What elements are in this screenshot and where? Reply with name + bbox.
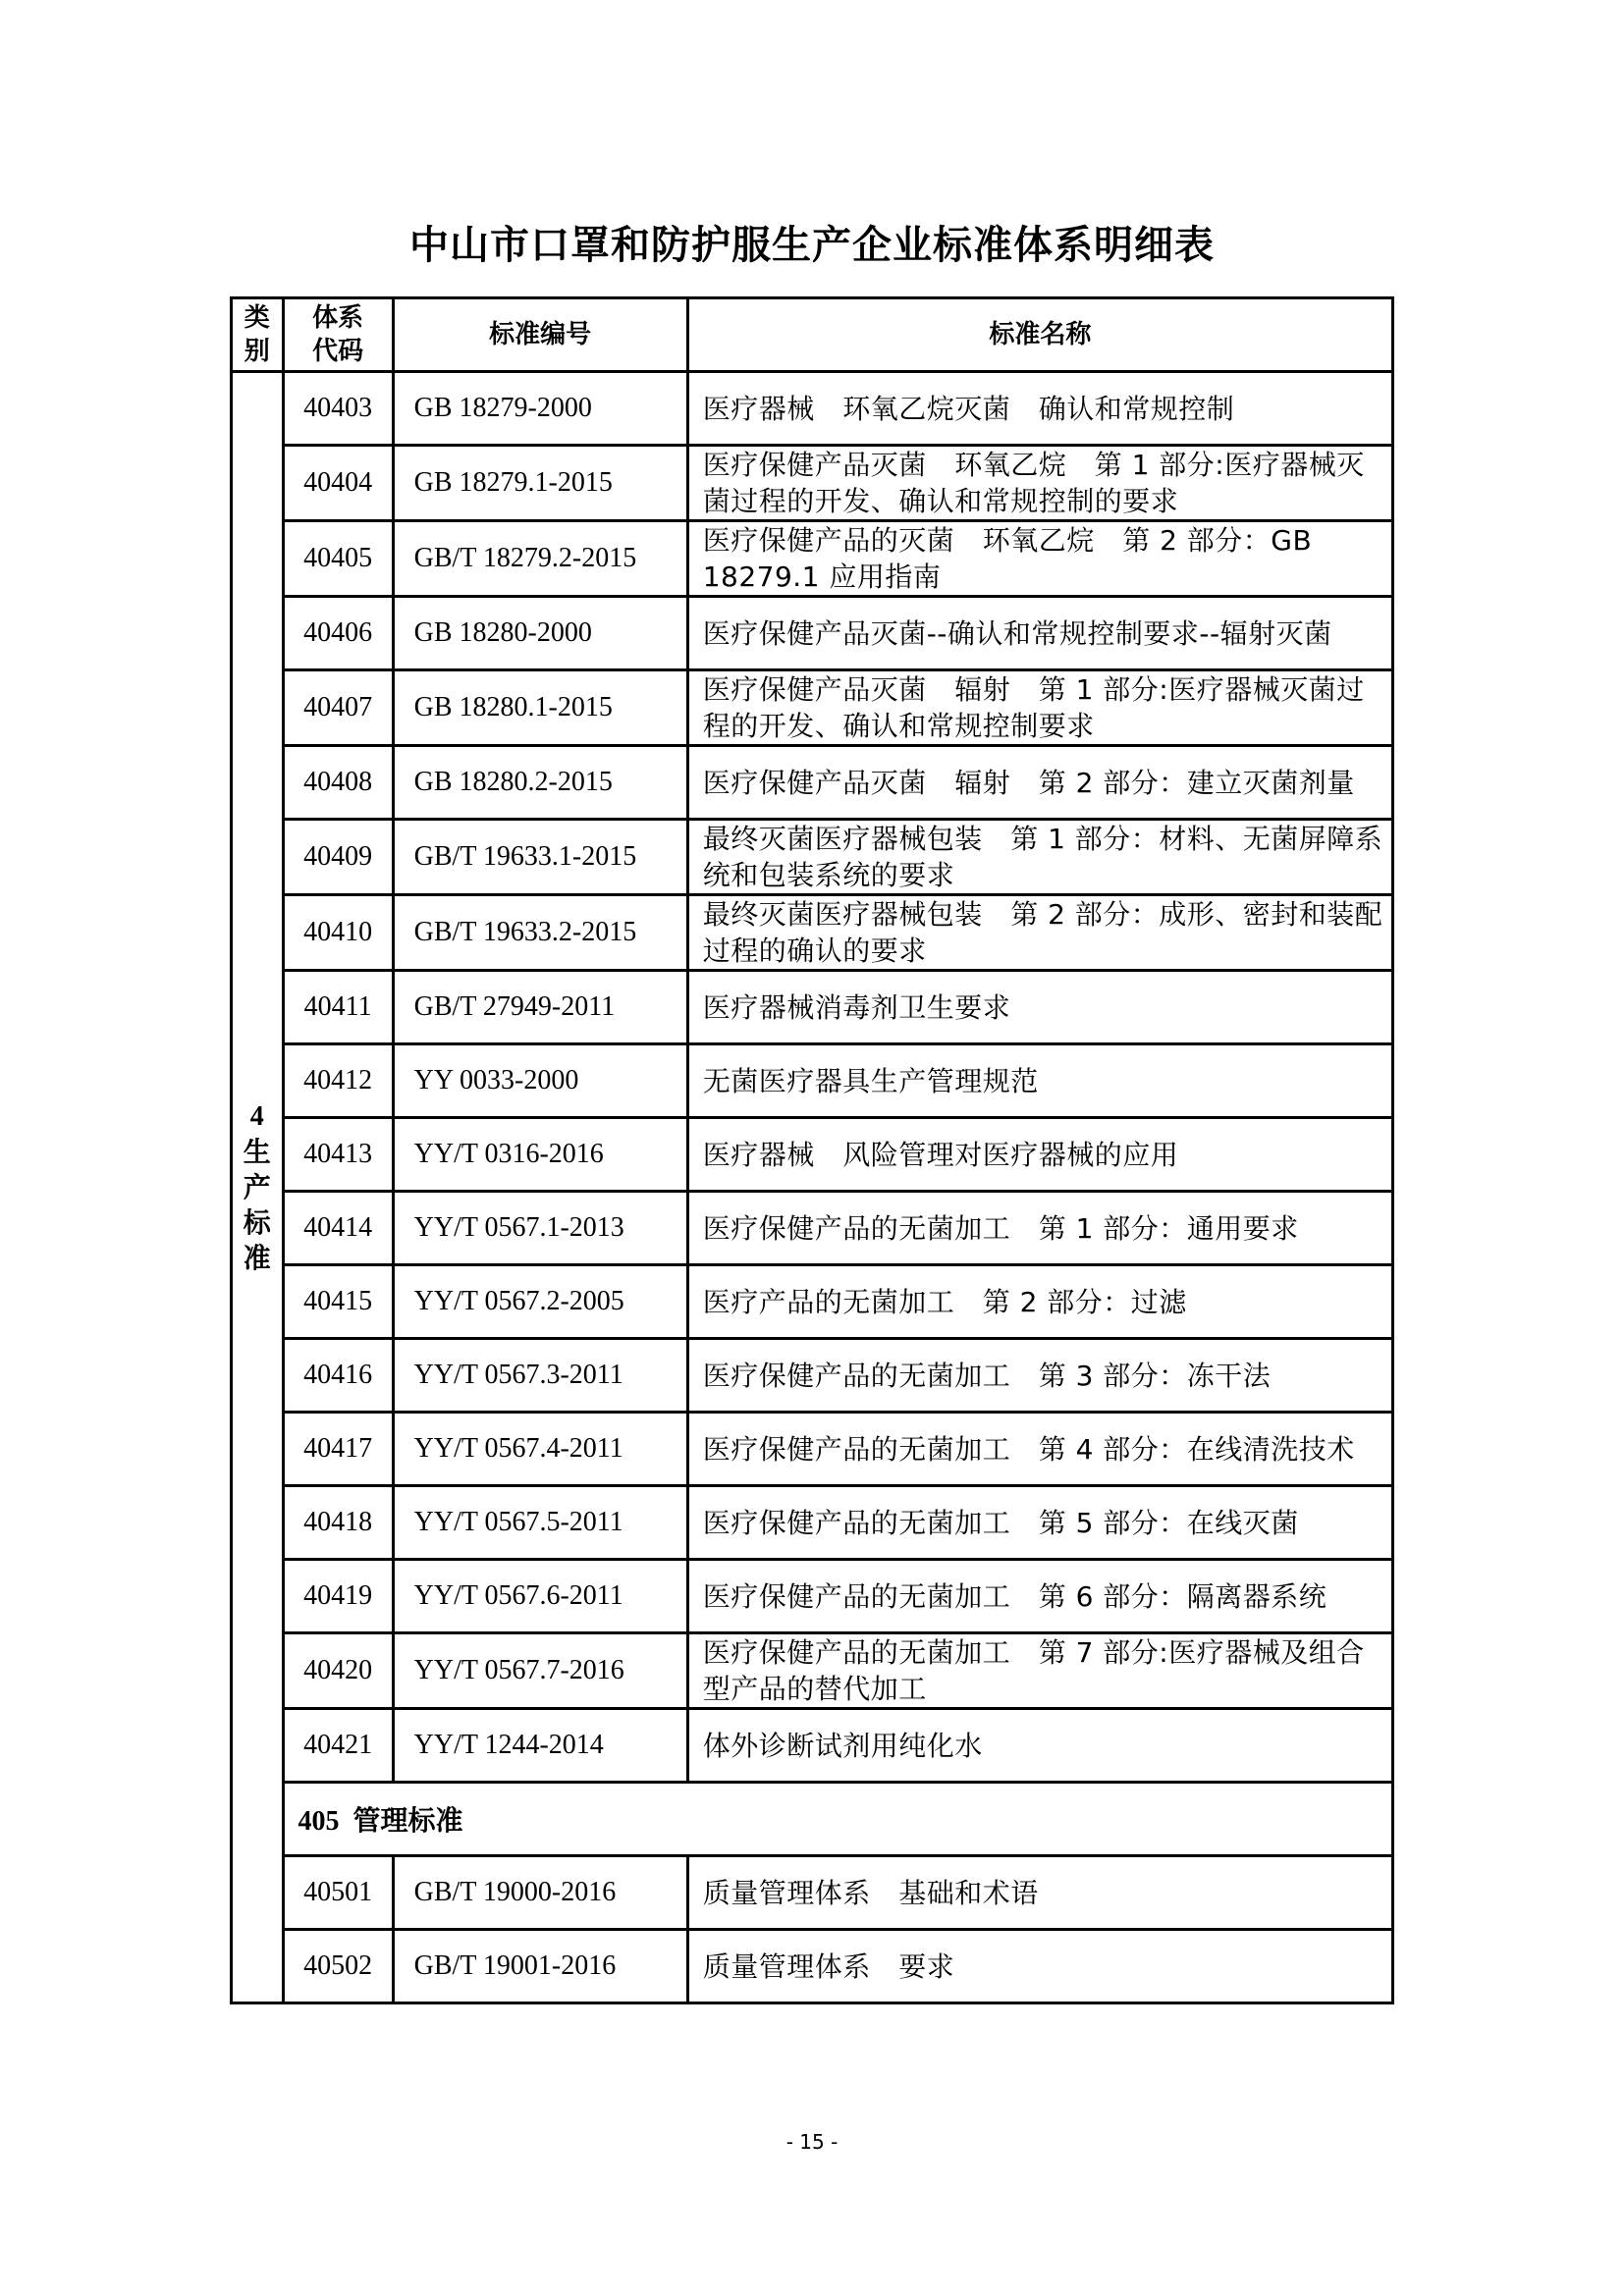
standard-name: 医疗保健产品灭菌 环氧乙烷 第 1 部分:医疗器械灭菌过程的开发、确认和常规控制… bbox=[687, 446, 1392, 521]
system-code: 40417 bbox=[283, 1413, 393, 1486]
category-char: 产 bbox=[233, 1170, 282, 1205]
category-number: 4 bbox=[233, 1099, 282, 1135]
table-row: 40404 GB 18279.1-2015 医疗保健产品灭菌 环氧乙烷 第 1 … bbox=[232, 446, 1393, 521]
standard-name: 最终灭菌医疗器械包装 第 1 部分：材料、无菌屏障系统和包装系统的要求 bbox=[687, 820, 1392, 895]
standard-name: 医疗保健产品的无菌加工 第 3 部分：冻干法 bbox=[687, 1339, 1392, 1413]
header-standard-name: 标准名称 bbox=[687, 298, 1392, 372]
standard-name: 最终灭菌医疗器械包装 第 2 部分：成形、密封和装配过程的确认的要求 bbox=[687, 895, 1392, 971]
table-row: 40502 GB/T 19001-2016 质量管理体系 要求 bbox=[232, 1930, 1393, 2003]
system-code: 40420 bbox=[283, 1633, 393, 1709]
standard-name: 医疗器械 风险管理对医疗器械的应用 bbox=[687, 1118, 1392, 1192]
table-row: 40413 YY/T 0316-2016 医疗器械 风险管理对医疗器械的应用 bbox=[232, 1118, 1393, 1192]
table-row: 40410 GB/T 19633.2-2015 最终灭菌医疗器械包装 第 2 部… bbox=[232, 895, 1393, 971]
standard-number: YY/T 0567.1-2013 bbox=[393, 1192, 687, 1265]
system-code: 40410 bbox=[283, 895, 393, 971]
system-code: 40416 bbox=[283, 1339, 393, 1413]
standard-name: 医疗保健产品的无菌加工 第 7 部分:医疗器械及组合型产品的替代加工 bbox=[687, 1633, 1392, 1709]
table-row: 40411 GB/T 27949-2011 医疗器械消毒剂卫生要求 bbox=[232, 971, 1393, 1044]
standard-number: YY/T 1244-2014 bbox=[393, 1709, 687, 1783]
system-code: 40502 bbox=[283, 1930, 393, 2003]
system-code: 40409 bbox=[283, 820, 393, 895]
table-row: 40409 GB/T 19633.1-2015 最终灭菌医疗器械包装 第 1 部… bbox=[232, 820, 1393, 895]
group-heading-405: 405管理标准 bbox=[283, 1783, 1392, 1856]
standard-name: 体外诊断试剂用纯化水 bbox=[687, 1709, 1392, 1783]
table-row: 40414 YY/T 0567.1-2013 医疗保健产品的无菌加工 第 1 部… bbox=[232, 1192, 1393, 1265]
standard-name: 医疗保健产品的无菌加工 第 4 部分：在线清洗技术 bbox=[687, 1413, 1392, 1486]
standard-name: 医疗保健产品灭菌--确认和常规控制要求--辐射灭菌 bbox=[687, 597, 1392, 670]
standard-number: YY/T 0567.4-2011 bbox=[393, 1413, 687, 1486]
header-standard-number: 标准编号 bbox=[393, 298, 687, 372]
table-row: 40421 YY/T 1244-2014 体外诊断试剂用纯化水 bbox=[232, 1709, 1393, 1783]
category-cell: 4 生 产 标 准 bbox=[232, 372, 284, 2003]
standard-number: GB 18279.1-2015 bbox=[393, 446, 687, 521]
table-row: 40501 GB/T 19000-2016 质量管理体系 基础和术语 bbox=[232, 1856, 1393, 1930]
system-code: 40419 bbox=[283, 1560, 393, 1633]
group-heading-row: 405管理标准 bbox=[232, 1783, 1393, 1856]
standard-name: 医疗保健产品灭菌 辐射 第 2 部分：建立灭菌剂量 bbox=[687, 746, 1392, 820]
table-row: 40420 YY/T 0567.7-2016 医疗保健产品的无菌加工 第 7 部… bbox=[232, 1633, 1393, 1709]
system-code: 40405 bbox=[283, 521, 393, 597]
standard-number: GB/T 19633.1-2015 bbox=[393, 820, 687, 895]
standard-number: GB 18280-2000 bbox=[393, 597, 687, 670]
table-row: 40417 YY/T 0567.4-2011 医疗保健产品的无菌加工 第 4 部… bbox=[232, 1413, 1393, 1486]
standard-number: GB/T 19000-2016 bbox=[393, 1856, 687, 1930]
standard-number: GB/T 18279.2-2015 bbox=[393, 521, 687, 597]
standard-number: GB 18280.1-2015 bbox=[393, 670, 687, 746]
table-row: 4 生 产 标 准 40403 GB 18279-2000 医疗器械 环氧乙烷灭… bbox=[232, 372, 1393, 446]
system-code: 40404 bbox=[283, 446, 393, 521]
table-row: 40408 GB 18280.2-2015 医疗保健产品灭菌 辐射 第 2 部分… bbox=[232, 746, 1393, 820]
system-code: 40411 bbox=[283, 971, 393, 1044]
standard-number: YY 0033-2000 bbox=[393, 1044, 687, 1118]
standard-name: 医疗产品的无菌加工 第 2 部分：过滤 bbox=[687, 1265, 1392, 1339]
category-char: 标 bbox=[233, 1205, 282, 1241]
standard-name: 医疗器械消毒剂卫生要求 bbox=[687, 971, 1392, 1044]
table-row: 40406 GB 18280-2000 医疗保健产品灭菌--确认和常规控制要求-… bbox=[232, 597, 1393, 670]
standard-name: 医疗保健产品的无菌加工 第 5 部分：在线灭菌 bbox=[687, 1486, 1392, 1560]
system-code: 40418 bbox=[283, 1486, 393, 1560]
system-code: 40412 bbox=[283, 1044, 393, 1118]
category-char: 准 bbox=[233, 1241, 282, 1276]
standard-number: GB 18280.2-2015 bbox=[393, 746, 687, 820]
header-category-line2: 别 bbox=[233, 335, 282, 368]
standard-name: 质量管理体系 基础和术语 bbox=[687, 1856, 1392, 1930]
standard-number: YY/T 0567.3-2011 bbox=[393, 1339, 687, 1413]
standard-number: YY/T 0567.6-2011 bbox=[393, 1560, 687, 1633]
system-code: 40501 bbox=[283, 1856, 393, 1930]
header-code-line1: 体系 bbox=[285, 301, 392, 335]
system-code: 40408 bbox=[283, 746, 393, 820]
table-row: 40405 GB/T 18279.2-2015 医疗保健产品的灭菌 环氧乙烷 第… bbox=[232, 521, 1393, 597]
table-row: 40407 GB 18280.1-2015 医疗保健产品灭菌 辐射 第 1 部分… bbox=[232, 670, 1393, 746]
header-system-code: 体系 代码 bbox=[283, 298, 393, 372]
standard-name: 医疗保健产品的无菌加工 第 6 部分：隔离器系统 bbox=[687, 1560, 1392, 1633]
standard-name: 无菌医疗器具生产管理规范 bbox=[687, 1044, 1392, 1118]
system-code: 40421 bbox=[283, 1709, 393, 1783]
group-number: 405 bbox=[298, 1806, 340, 1837]
standard-name: 医疗保健产品灭菌 辐射 第 1 部分:医疗器械灭菌过程的开发、确认和常规控制要求 bbox=[687, 670, 1392, 746]
system-code: 40406 bbox=[283, 597, 393, 670]
standard-number: GB/T 19633.2-2015 bbox=[393, 895, 687, 971]
standard-name: 医疗器械 环氧乙烷灭菌 确认和常规控制 bbox=[687, 372, 1392, 446]
header-category: 类 别 bbox=[232, 298, 284, 372]
category-char: 生 bbox=[233, 1135, 282, 1170]
standard-number: GB/T 27949-2011 bbox=[393, 971, 687, 1044]
page-title: 中山市口罩和防护服生产企业标准体系明细表 bbox=[0, 218, 1624, 273]
standard-name: 医疗保健产品的无菌加工 第 1 部分：通用要求 bbox=[687, 1192, 1392, 1265]
table-row: 40416 YY/T 0567.3-2011 医疗保健产品的无菌加工 第 3 部… bbox=[232, 1339, 1393, 1413]
group-label: 管理标准 bbox=[353, 1804, 463, 1837]
page-number: - 15 - bbox=[0, 2130, 1624, 2154]
table-row: 40419 YY/T 0567.6-2011 医疗保健产品的无菌加工 第 6 部… bbox=[232, 1560, 1393, 1633]
standard-number: GB 18279-2000 bbox=[393, 372, 687, 446]
system-code: 40413 bbox=[283, 1118, 393, 1192]
header-code-line2: 代码 bbox=[285, 335, 392, 368]
standard-number: YY/T 0316-2016 bbox=[393, 1118, 687, 1192]
standard-number: YY/T 0567.7-2016 bbox=[393, 1633, 687, 1709]
system-code: 40415 bbox=[283, 1265, 393, 1339]
table-header-row: 类 别 体系 代码 标准编号 标准名称 bbox=[232, 298, 1393, 372]
standard-number: YY/T 0567.2-2005 bbox=[393, 1265, 687, 1339]
system-code: 40403 bbox=[283, 372, 393, 446]
standard-name: 医疗保健产品的灭菌 环氧乙烷 第 2 部分：GB 18279.1 应用指南 bbox=[687, 521, 1392, 597]
table-row: 40418 YY/T 0567.5-2011 医疗保健产品的无菌加工 第 5 部… bbox=[232, 1486, 1393, 1560]
table-row: 40412 YY 0033-2000 无菌医疗器具生产管理规范 bbox=[232, 1044, 1393, 1118]
standard-number: GB/T 19001-2016 bbox=[393, 1930, 687, 2003]
table-row: 40415 YY/T 0567.2-2005 医疗产品的无菌加工 第 2 部分：… bbox=[232, 1265, 1393, 1339]
standard-number: YY/T 0567.5-2011 bbox=[393, 1486, 687, 1560]
standards-table: 类 别 体系 代码 标准编号 标准名称 4 生 产 标 准 40403 GB 1… bbox=[230, 296, 1394, 2004]
header-category-line1: 类 bbox=[233, 301, 282, 335]
standard-name: 质量管理体系 要求 bbox=[687, 1930, 1392, 2003]
system-code: 40414 bbox=[283, 1192, 393, 1265]
system-code: 40407 bbox=[283, 670, 393, 746]
